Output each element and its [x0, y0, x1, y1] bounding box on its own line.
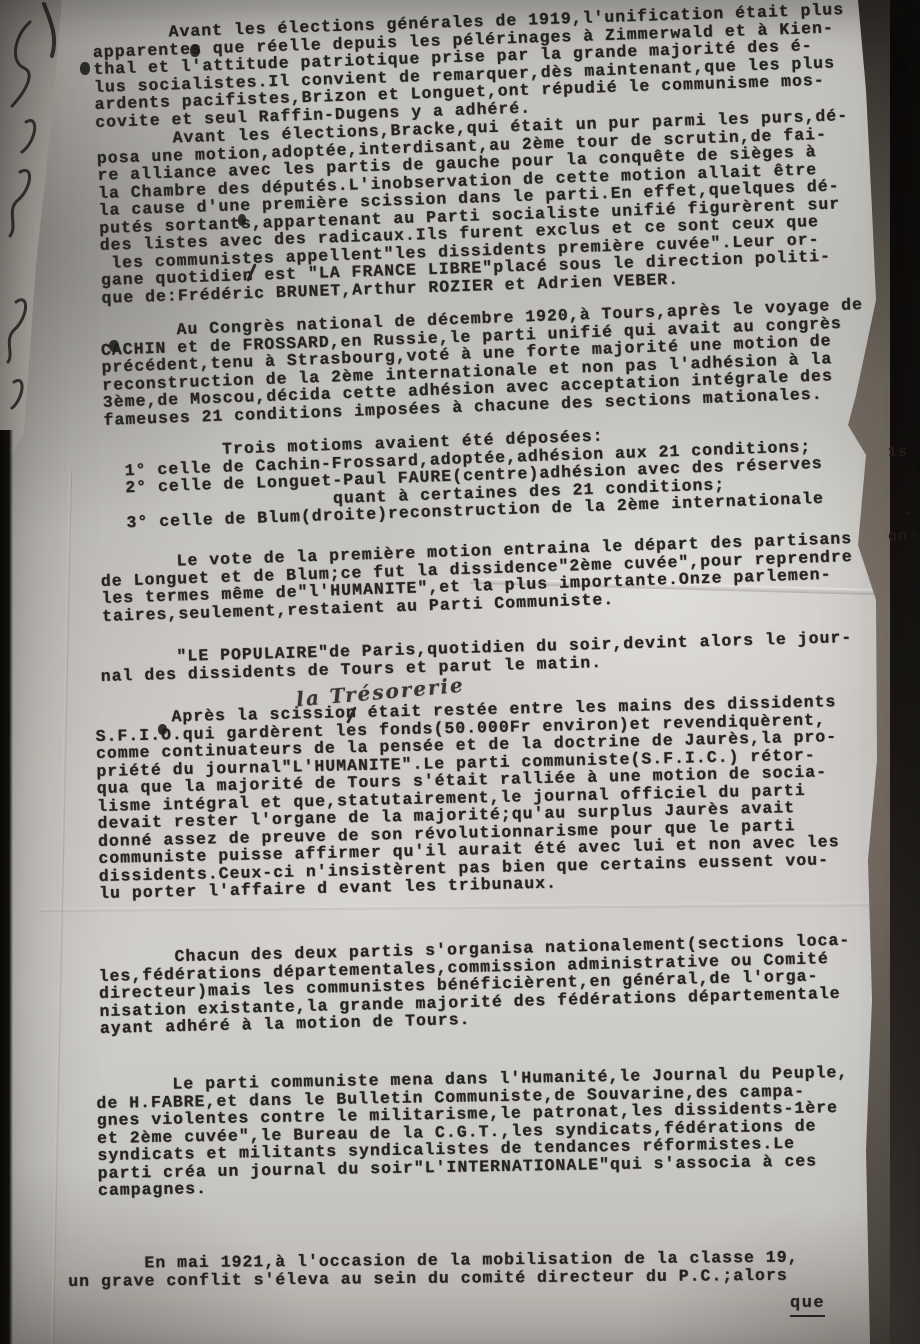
ink-blot — [158, 724, 167, 735]
paragraph: Le parti communiste mena dans l'Humanité… — [96, 1064, 850, 1200]
paragraph: Chacun des deux partis s'organisa nation… — [98, 932, 852, 1038]
photo-edge-shadow — [0, 430, 13, 1344]
ink-blot — [109, 340, 119, 352]
under-page-text-fragment: 1s — [888, 444, 909, 462]
under-page-text-fragment: - — [904, 505, 915, 522]
ink-blot — [190, 44, 200, 57]
paper-sheet: Avant les élections générales de 1919,l'… — [0, 0, 920, 1344]
paragraph: "LE POPULAIRE"de Paris,quotidien du soir… — [100, 629, 853, 685]
ink-blot — [80, 62, 90, 75]
catchword: que — [790, 1294, 825, 1317]
paragraph: Avant les élections,Bracke,qui était un … — [96, 107, 854, 307]
paragraph: En mai 1921,à l'occasion de la mobilisat… — [68, 1249, 799, 1290]
document-photo: 1s - on- Avant les élections générales d… — [0, 0, 920, 1344]
paragraph: Après la scission était restée entre les… — [95, 693, 840, 902]
photo-edge-shadow — [890, 0, 920, 1344]
ink-blot — [238, 214, 246, 226]
paragraph: Le vote de la première motion entraina l… — [100, 530, 854, 625]
under-page-text-fragment: on- — [888, 527, 919, 545]
paragraph: Au Congrès national de décembre 1920,à T… — [100, 296, 866, 429]
paragraph: Trois motioms avaient été déposées: 1° c… — [102, 420, 824, 533]
